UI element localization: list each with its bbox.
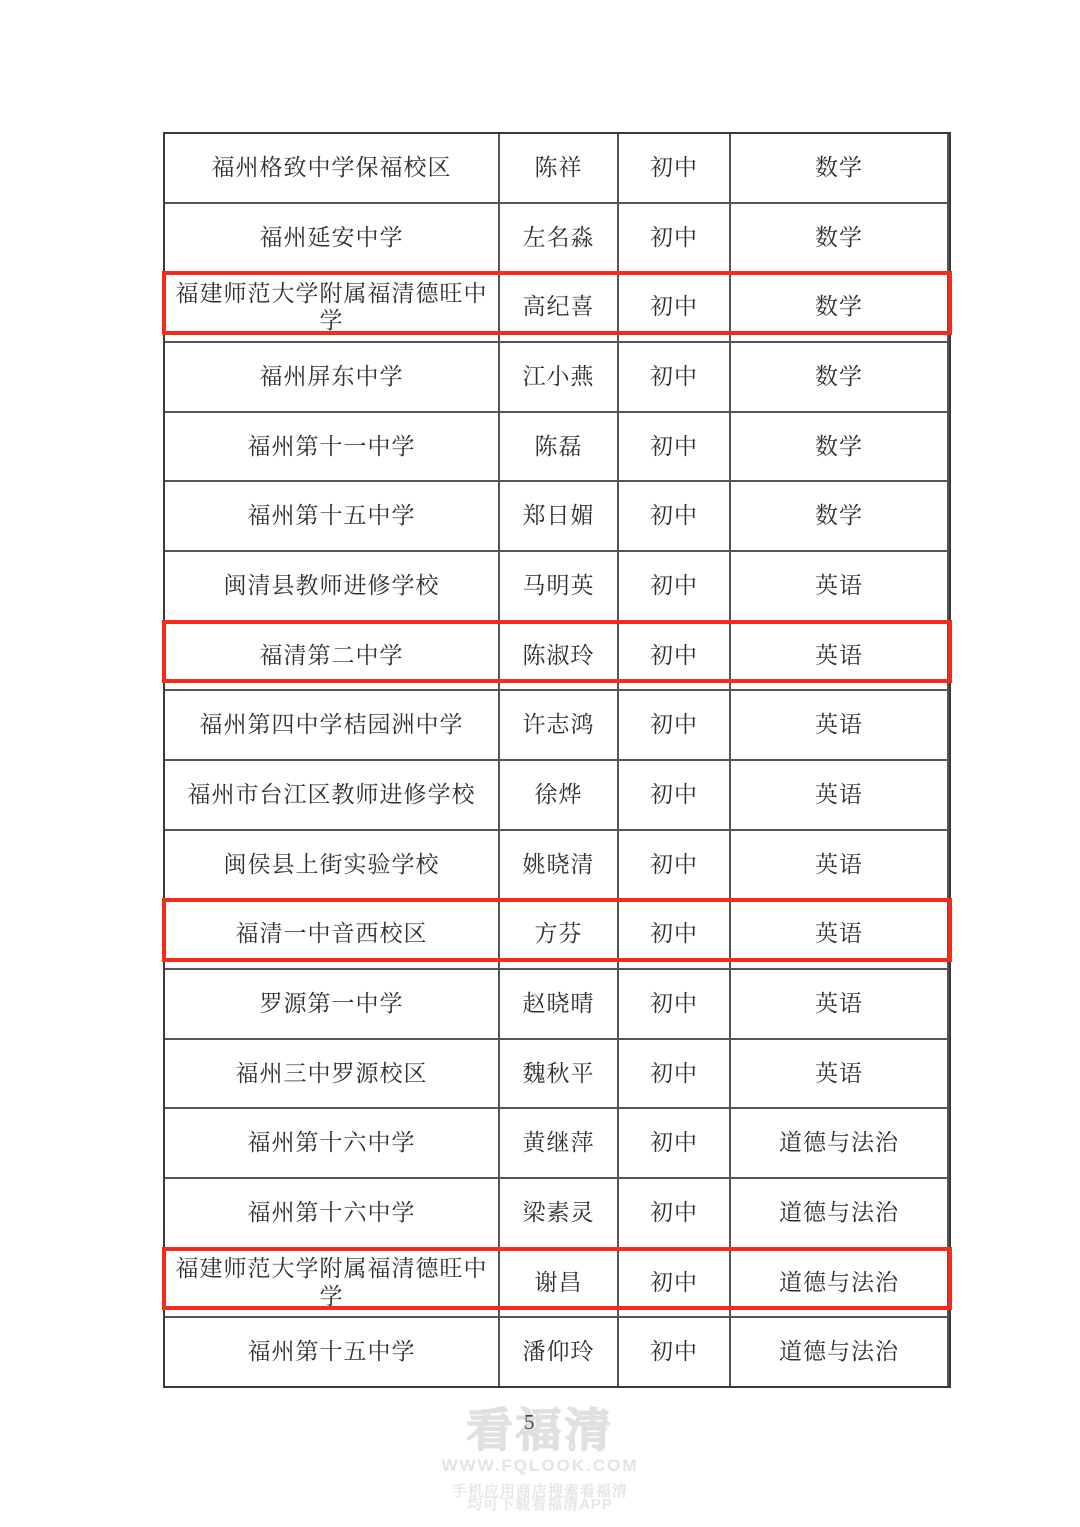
subject-cell: 道德与法治 (731, 1179, 949, 1247)
school-cell: 闽侯县上街实验学校 (165, 831, 500, 899)
school-cell: 罗源第一中学 (165, 970, 500, 1038)
teacher-name-cell: 黄继萍 (500, 1109, 619, 1177)
level-cell: 初中 (619, 970, 731, 1038)
school-cell: 福州第十五中学 (165, 482, 500, 550)
table-row: 福清一中音西校区 方芬 初中 英语 (165, 900, 949, 970)
level-cell: 初中 (619, 831, 731, 899)
school-cell: 福州第四中学桔园洲中学 (165, 691, 500, 759)
teacher-name-cell: 梁素灵 (500, 1179, 619, 1247)
level-cell: 初中 (619, 1109, 731, 1177)
teacher-roster-table: 福州格致中学保福校区 陈祥 初中 数学 福州延安中学 左名淼 初中 数学 福建师… (163, 132, 951, 1388)
watermark: 看福清 WWW.FQLOOK.COM 手机应用商店搜索看福清 均可下载看福清AP… (0, 1405, 1080, 1511)
table-row: 福州屏东中学 江小燕 初中 数学 (165, 343, 949, 413)
page-number: 5 (524, 1410, 535, 1435)
table-row: 福州第十六中学 黄继萍 初中 道德与法治 (165, 1109, 949, 1179)
table-row: 福州格致中学保福校区 陈祥 初中 数学 (165, 134, 949, 204)
teacher-name-cell: 陈淑玲 (500, 622, 619, 690)
level-cell: 初中 (619, 134, 731, 202)
table-row: 福建师范大学附属福清德旺中学 谢昌 初中 道德与法治 (165, 1249, 949, 1319)
table-row: 福州第十五中学 潘仰玲 初中 道德与法治 (165, 1318, 949, 1386)
school-cell: 福州第十六中学 (165, 1109, 500, 1177)
table-row: 福州第十六中学 梁素灵 初中 道德与法治 (165, 1179, 949, 1249)
subject-cell: 英语 (731, 622, 949, 690)
subject-cell: 数学 (731, 413, 949, 481)
level-cell: 初中 (619, 273, 731, 341)
subject-cell: 数学 (731, 482, 949, 550)
teacher-name-cell: 江小燕 (500, 343, 619, 411)
teacher-name-cell: 左名淼 (500, 204, 619, 272)
teacher-name-cell: 许志鸿 (500, 691, 619, 759)
level-cell: 初中 (619, 1179, 731, 1247)
teacher-name-cell: 高纪喜 (500, 273, 619, 341)
table-row: 闽侯县上街实验学校 姚晓清 初中 英语 (165, 831, 949, 901)
watermark-url: WWW.FQLOOK.COM (0, 1457, 1080, 1475)
level-cell: 初中 (619, 413, 731, 481)
subject-cell: 英语 (731, 900, 949, 968)
table-row: 罗源第一中学 赵晓晴 初中 英语 (165, 970, 949, 1040)
subject-cell: 英语 (731, 831, 949, 899)
school-cell: 福州第十一中学 (165, 413, 500, 481)
table-row: 福州延安中学 左名淼 初中 数学 (165, 204, 949, 274)
school-cell: 闽清县教师进修学校 (165, 552, 500, 620)
school-cell: 福州延安中学 (165, 204, 500, 272)
table-row: 福清第二中学 陈淑玲 初中 英语 (165, 622, 949, 692)
subject-cell: 英语 (731, 970, 949, 1038)
level-cell: 初中 (619, 343, 731, 411)
level-cell: 初中 (619, 482, 731, 550)
subject-cell: 英语 (731, 552, 949, 620)
school-cell: 福州市台江区教师进修学校 (165, 761, 500, 829)
school-cell: 福清一中音西校区 (165, 900, 500, 968)
subject-cell: 数学 (731, 134, 949, 202)
table-row: 福州第十一中学 陈磊 初中 数学 (165, 413, 949, 483)
school-cell: 福州第十六中学 (165, 1179, 500, 1247)
school-cell: 福州第十五中学 (165, 1318, 500, 1386)
teacher-name-cell: 魏秋平 (500, 1040, 619, 1108)
teacher-name-cell: 姚晓清 (500, 831, 619, 899)
level-cell: 初中 (619, 691, 731, 759)
teacher-name-cell: 陈磊 (500, 413, 619, 481)
level-cell: 初中 (619, 204, 731, 272)
teacher-name-cell: 潘仰玲 (500, 1318, 619, 1386)
teacher-name-cell: 郑日媚 (500, 482, 619, 550)
teacher-name-cell: 马明英 (500, 552, 619, 620)
level-cell: 初中 (619, 1249, 731, 1317)
level-cell: 初中 (619, 622, 731, 690)
subject-cell: 数学 (731, 273, 949, 341)
level-cell: 初中 (619, 1040, 731, 1108)
teacher-name-cell: 方芬 (500, 900, 619, 968)
school-cell: 福州三中罗源校区 (165, 1040, 500, 1108)
level-cell: 初中 (619, 552, 731, 620)
subject-cell: 数学 (731, 204, 949, 272)
watermark-line2: 均可下载看福清APP (0, 1498, 1080, 1511)
subject-cell: 道德与法治 (731, 1318, 949, 1386)
table-row: 福州三中罗源校区 魏秋平 初中 英语 (165, 1040, 949, 1110)
school-cell: 福建师范大学附属福清德旺中学 (165, 273, 500, 341)
document-page: 福州格致中学保福校区 陈祥 初中 数学 福州延安中学 左名淼 初中 数学 福建师… (0, 0, 1080, 1527)
table-row: 福州市台江区教师进修学校 徐烨 初中 英语 (165, 761, 949, 831)
table-row: 福州第四中学桔园洲中学 许志鸿 初中 英语 (165, 691, 949, 761)
teacher-name-cell: 陈祥 (500, 134, 619, 202)
subject-cell: 英语 (731, 761, 949, 829)
subject-cell: 数学 (731, 343, 949, 411)
subject-cell: 道德与法治 (731, 1109, 949, 1177)
level-cell: 初中 (619, 900, 731, 968)
level-cell: 初中 (619, 761, 731, 829)
subject-cell: 英语 (731, 691, 949, 759)
school-cell: 福建师范大学附属福清德旺中学 (165, 1249, 500, 1317)
school-cell: 福州屏东中学 (165, 343, 500, 411)
table-row: 闽清县教师进修学校 马明英 初中 英语 (165, 552, 949, 622)
subject-cell: 英语 (731, 1040, 949, 1108)
table-row: 福州第十五中学 郑日媚 初中 数学 (165, 482, 949, 552)
table-row: 福建师范大学附属福清德旺中学 高纪喜 初中 数学 (165, 273, 949, 343)
teacher-name-cell: 徐烨 (500, 761, 619, 829)
school-cell: 福清第二中学 (165, 622, 500, 690)
teacher-name-cell: 谢昌 (500, 1249, 619, 1317)
subject-cell: 道德与法治 (731, 1249, 949, 1317)
teacher-name-cell: 赵晓晴 (500, 970, 619, 1038)
level-cell: 初中 (619, 1318, 731, 1386)
school-cell: 福州格致中学保福校区 (165, 134, 500, 202)
watermark-logo: 看福清 (0, 1405, 1080, 1455)
